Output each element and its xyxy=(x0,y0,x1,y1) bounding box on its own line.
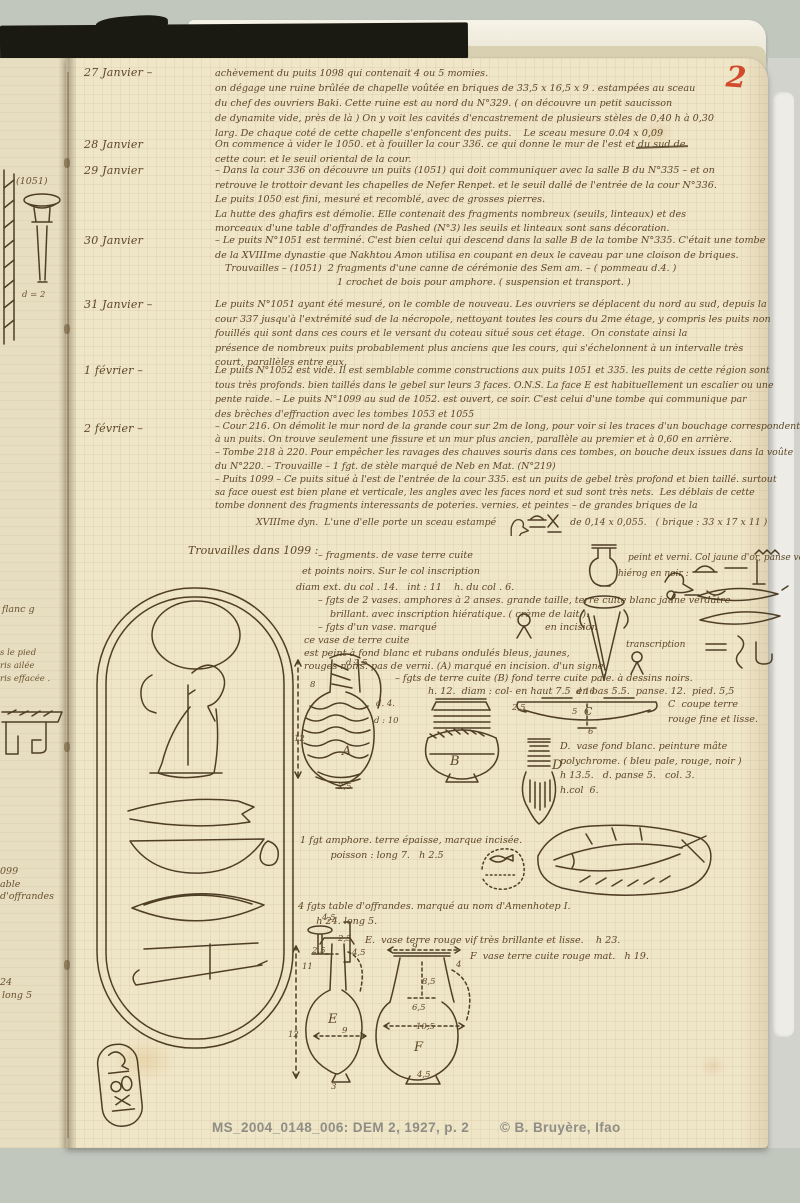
vase-e-neck-label: 2,5 xyxy=(312,946,326,956)
margin-flanc-note: flanc g xyxy=(2,604,35,615)
margin-fragment-note: ris ailée xyxy=(0,661,34,671)
vase-d-note: D. vase fond blanc. peinture mâte polych… xyxy=(560,740,742,798)
margin-hatched-column-sketch xyxy=(0,168,18,348)
large-cartouche-sketch xyxy=(92,583,304,1055)
margin-fragment-note: 24 xyxy=(0,977,12,988)
margin-column-sketch xyxy=(18,190,62,288)
vase-f-neck-diameter-label: 6,5 xyxy=(412,1003,426,1013)
entry-date: 31 Janvier – xyxy=(84,298,152,311)
vase-e-letter: E xyxy=(328,1012,338,1027)
entry-body: Le puits N°1052 est vidé. Il est semblab… xyxy=(215,364,774,422)
entry-body: – Le puits N°1051 est terminé. C'est bie… xyxy=(215,234,765,263)
binding-knot xyxy=(64,960,70,970)
coupe-c-mid-label: 5 xyxy=(572,707,577,717)
foxing-spot xyxy=(700,1055,726,1077)
trouvailles-1051-line: 1 crochet de bois pour amphore. ( suspen… xyxy=(337,276,631,291)
vase-b-jar-sketch xyxy=(416,696,508,784)
dotted-fish-sketch xyxy=(474,843,530,895)
entry-date: 29 Janvier xyxy=(84,164,143,177)
coupe-c-d16-label: d 16 xyxy=(576,687,595,697)
fish-sherd-sketch xyxy=(532,820,717,900)
vase-f-handle-label: 4 xyxy=(456,960,461,970)
entry-body: – Dans la cour 336 on découvre un puits … xyxy=(215,164,717,237)
vase-f-note: F vase terre cuite rouge mat. h 19. xyxy=(470,950,649,965)
transcription-signs-icon xyxy=(700,630,775,675)
vase-a-height-label: 8 xyxy=(310,680,315,690)
notebook-cover-edge xyxy=(0,22,468,61)
margin-1051-label: (1051) xyxy=(16,176,48,187)
margin-fragment-note: long 5 xyxy=(2,990,32,1001)
entry-body: On commence à vider le 1050. et à fouill… xyxy=(215,138,685,167)
coupe-c-letter: C xyxy=(584,705,592,718)
vase-e-base-label: 3 xyxy=(331,1082,336,1092)
entry-date: 27 Janvier – xyxy=(84,66,152,79)
margin-offering-table-sketch xyxy=(0,706,68,758)
scanned-notebook-spread: 2 27 Janvier – achèvement du puits 1098 … xyxy=(0,0,800,1203)
jar-sketch-icon xyxy=(584,542,624,590)
binding-thread xyxy=(67,72,69,1138)
margin-fragment-note: 099 xyxy=(0,866,18,877)
vase-d-polychrome-sketch xyxy=(516,736,562,828)
binding-knot xyxy=(64,158,70,168)
seal-line-after: de 0,14 x 0,055. ( brique : 33 x 17 x 11… xyxy=(570,516,767,531)
vase-b-letter: B xyxy=(450,754,460,769)
vase-f-belly-label: 10,5 xyxy=(416,1022,435,1032)
trouvailles-1051-line: Trouvailles – (1051) 2 fragments d'une c… xyxy=(225,262,676,277)
vase-f-top-label: 9 xyxy=(412,942,417,952)
amphora-transcription-sketch xyxy=(572,592,637,692)
vase-f-neck-height-label: 8,5 xyxy=(422,977,436,987)
margin-fragment-note: s le pied xyxy=(0,648,36,658)
finds-line: – fragments. de vase terre cuite xyxy=(318,549,473,564)
vase-a-neck-label: d 2,5 xyxy=(346,658,368,668)
small-cartouche-sketch xyxy=(89,1037,154,1134)
binding-knot xyxy=(64,324,70,334)
entry-date: 1 février – xyxy=(84,364,143,377)
catalogue-reference: MS_2004_0148_006: DEM 2, 1927, p. 2 xyxy=(212,1120,469,1135)
copyright-credit: © B. Bruyère, Ifao xyxy=(500,1120,621,1135)
vase-f-letter: F xyxy=(414,1040,423,1055)
margin-fragment-note: ris effacée . xyxy=(0,674,50,684)
entry-date: 30 Janvier xyxy=(84,234,143,247)
vase-f-base-label: 4,5 xyxy=(417,1070,431,1080)
entry-body: Le puits N°1051 ayant été mesuré, on le … xyxy=(215,298,771,371)
vase-e-width-label: 9 xyxy=(342,1026,347,1036)
ka-sign-icon xyxy=(512,612,536,640)
entry-date: 2 février – xyxy=(84,422,143,435)
ka-sign-icon xyxy=(626,650,648,676)
vase-a-d10-label: d : 10 xyxy=(374,716,399,726)
vase-a-base-label: 2,5 xyxy=(338,782,352,792)
vase-a-letter: A xyxy=(342,744,351,759)
page-number: 2 xyxy=(725,59,748,94)
margin-fragment-note: d'offrandes xyxy=(0,891,54,902)
bracket-top-label: 4,5 xyxy=(322,913,336,923)
coupe-c-note: C coupe terre rouge fine et lisse. xyxy=(668,698,758,727)
margin-fragment-note: able xyxy=(0,879,20,890)
seal-line-before: XVIIIme dyn. L'une d'elle porte un sceau… xyxy=(256,516,496,531)
coupe-c-bottom-label: 6 xyxy=(588,727,593,737)
entry-body: – Cour 216. On démolit le mur nord de la… xyxy=(215,420,800,512)
entry-date: 28 Janvier xyxy=(84,138,143,151)
vase-a-d4-label: d. 4. xyxy=(376,699,395,709)
entry-body: achèvement du puits 1098 qui contenait 4… xyxy=(215,66,714,141)
stamped-seal-hieroglyphs-icon xyxy=(504,510,562,536)
margin-d2-label: d = 2 xyxy=(22,290,45,300)
coupe-c-left-label: 2,5 xyxy=(512,703,526,713)
vase-f-jug-sketch xyxy=(372,942,480,1090)
finds-heading: Trouvailles dans 1099 : xyxy=(188,544,318,557)
finds-line: et points noirs. Sur le col inscription xyxy=(302,565,480,580)
seal-line: XVIIIme dyn. L'une d'elle porte un sceau… xyxy=(256,510,767,536)
